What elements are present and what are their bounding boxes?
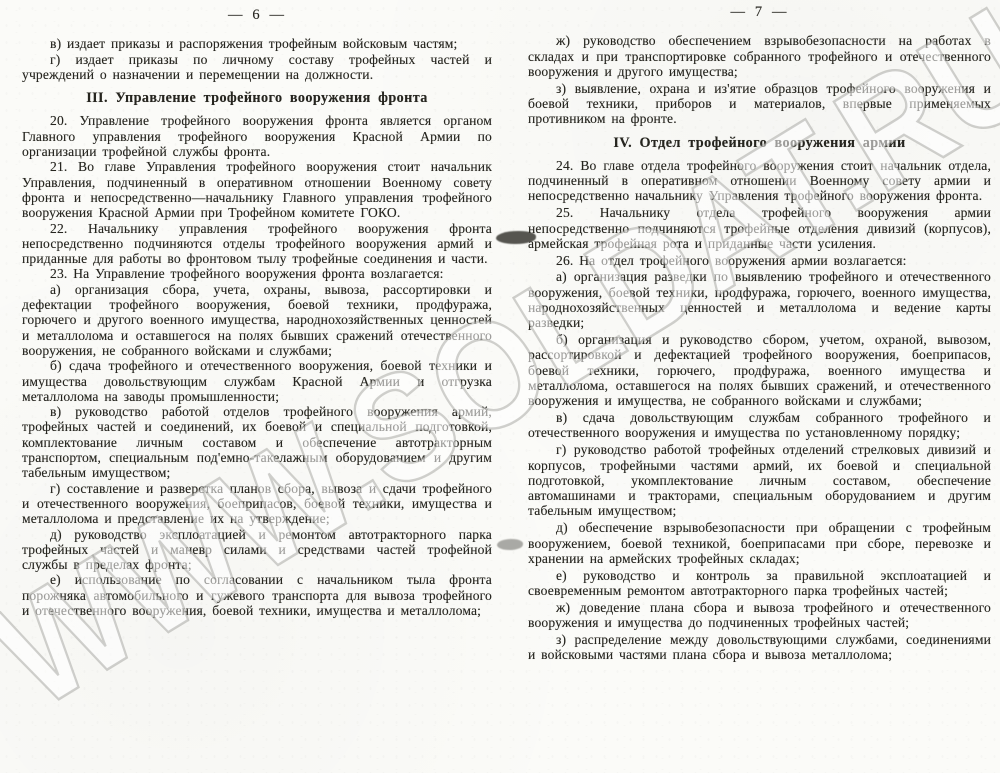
section-heading-iv: IV. Отдел трофейного вооружения армии [528, 136, 991, 151]
list-item-e: е) использование по согласовании с начал… [22, 572, 492, 618]
list-item-d: д) руководство эксплоатацией и ремонтом … [22, 527, 492, 573]
list-item-g: г) составление и разверстка планов сбора… [22, 481, 492, 527]
list-item-b: б) сдача трофейного и отечественного воо… [22, 358, 492, 404]
list-item-z: з) выявление, охрана и из'ятие образцов … [528, 81, 991, 127]
list-item-a: а) организация сбора, учета, охраны, выв… [22, 282, 492, 358]
paragraph-g: г) издает приказы по личному составу тро… [22, 52, 492, 83]
paragraph-24: 24. Во главе отдела трофейного вооружени… [528, 158, 991, 204]
paragraph-v: в) издает приказы и распоряжения трофейн… [22, 36, 492, 51]
list-item-zh: ж) руководство обеспечением взрывобезопа… [528, 33, 991, 79]
paragraph-21: 21. Во главе Управления трофейного воору… [22, 159, 492, 220]
paragraph-26: 26. На отдел трофейного вооружения армии… [528, 253, 991, 268]
ink-blot [497, 539, 523, 550]
page-number-left: — 6 — [22, 8, 492, 23]
list-item-v: в) сдача довольствующим службам собранно… [528, 410, 991, 441]
page-number-right: — 7 — [528, 5, 991, 20]
list-item-zh2: ж) доведение плана сбора и вывоза трофей… [528, 600, 991, 631]
section-heading-iii: III. Управление трофейного вооружения фр… [22, 91, 492, 106]
list-item-v: в) руководство работой отделов трофейног… [22, 404, 492, 480]
paragraph-20: 20. Управление трофейного вооружения фро… [22, 113, 492, 159]
list-item-g: г) руководство работой трофейных отделен… [528, 442, 991, 518]
paragraph-23: 23. На Управление трофейного вооружения … [22, 266, 492, 281]
page-6-column: — 6 — в) издает приказы и распоряжения т… [22, 8, 492, 618]
list-item-z2: з) распределение между довольствующими с… [528, 632, 991, 663]
list-item-e: е) руководство и контроль за правильной … [528, 568, 991, 599]
ink-blot [496, 231, 536, 244]
paragraph-25: 25. Начальнику отдела трофейного вооруже… [528, 205, 991, 251]
list-item-a: а) организация разведки по выявлению тро… [528, 269, 991, 330]
list-item-b: б) организация и руководство сбором, уче… [528, 332, 991, 408]
page-7-column: — 7 — ж) руководство обеспечением взрыво… [528, 5, 991, 664]
paragraph-22: 22. Начальнику управления трофейного воо… [22, 221, 492, 267]
list-item-d: д) обеспечение взрывобезопасности при об… [528, 520, 991, 566]
